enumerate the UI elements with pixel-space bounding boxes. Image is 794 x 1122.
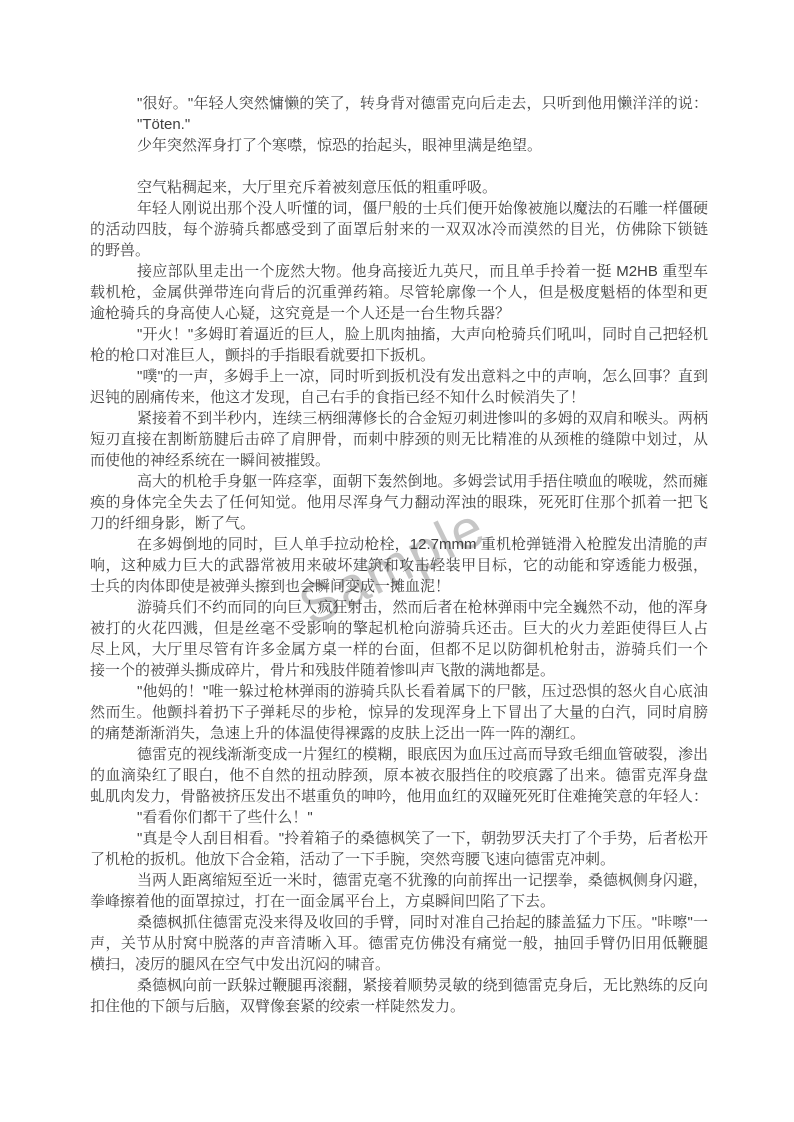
text-line: 空气粘稠起来，大厅里充斥着被刻意压低的粗重呼吸。	[90, 177, 708, 198]
text-line: 扣住他的下颌与后脑，双臂像套紧的绞索一样陡然发力。	[90, 996, 708, 1017]
document-page: Sample "很好。"年轻人突然慵懒的笑了，转身背对德雷克向后走去，只听到他用…	[0, 0, 794, 1122]
blank-line	[90, 156, 708, 177]
text-line: "他妈的！"唯一躲过枪林弹雨的游骑兵队长看着属下的尸骸，压过恐惧的怒火自心底油	[90, 681, 708, 702]
text-line: 德雷克的视线渐渐变成一片猩红的模糊，眼底因为血压过高而导致毛细血管破裂，渗出	[90, 744, 708, 765]
text-line: 桑德枫抓住德雷克没来得及收回的手臂，同时对准自己抬起的膝盖猛力下压。"咔嚓"一	[90, 912, 708, 933]
text-line: 桑德枫向前一跃躲过鞭腿再滚翻，紧接着顺势灵敏的绕到德雷克身后，无比熟练的反向	[90, 975, 708, 996]
text-line: "真是令人刮目相看。"拎着箱子的桑德枫笑了一下，朝勃罗沃夫打了个手势，后者松开	[90, 828, 708, 849]
text-line: "看看你们都干了些什么！"	[90, 807, 708, 828]
text-line: 年轻人刚说出那个没人听懂的词，僵尸般的士兵们便开始像被施以魔法的石雕一样僵硬	[90, 198, 708, 219]
text-line: 响，这种威力巨大的武器常被用来破坏建筑和攻击轻装甲目标，它的动能和穿透能力极强，	[90, 555, 708, 576]
text-line: 接应部队里走出一个庞然大物。他身高接近九英尺，而且单手拎着一挺 M2HB 重型车	[90, 261, 708, 282]
text-block: "很好。"年轻人突然慵懒的笑了，转身背对德雷克向后走去，只听到他用懒洋洋的说："…	[90, 93, 708, 1017]
text-line: 的痛楚渐渐消失，急速上升的体温使得裸露的皮肤上泛出一阵一阵的潮红。	[90, 723, 708, 744]
text-line: 虬肌肉发力，骨骼被挤压发出不堪重负的呻吟，他用血红的双瞳死死盯住难掩笑意的年轻人…	[90, 786, 708, 807]
text-line: 痪的身体完全失去了任何知觉。他用尽浑身气力翻动浑浊的眼珠，死死盯住那个抓着一把飞	[90, 492, 708, 513]
text-line: 的活动四肢，每个游骑兵都感受到了面罩后射来的一双双冰冷而漠然的目光，仿佛除下锁链	[90, 219, 708, 240]
text-line: 声，关节从肘窝中脱落的声音清晰入耳。德雷克仿佛没有痛觉一般，抽回手臂仍旧用低鞭腿	[90, 933, 708, 954]
text-line: 在多姆倒地的同时，巨人单手拉动枪栓，12.7mmm 重机枪弹链滑入枪膛发出清脆的…	[90, 534, 708, 555]
text-line: 紧接着不到半秒内，连续三柄细薄修长的合金短刃刺进惨叫的多姆的双肩和喉头。两柄	[90, 408, 708, 429]
text-line: 游骑兵们不约而同的向巨人疯狂射击，然而后者在枪林弹雨中完全巍然不动，他的浑身	[90, 597, 708, 618]
text-line: 拳峰擦着他的面罩掠过，打在一面金属平台上，方桌瞬间凹陷了下去。	[90, 891, 708, 912]
text-line: 高大的机枪手身躯一阵痉挛，面朝下轰然倒地。多姆尝试用手捂住喷血的喉咙，然而瘫	[90, 471, 708, 492]
text-line: "很好。"年轻人突然慵懒的笑了，转身背对德雷克向后走去，只听到他用懒洋洋的说：	[90, 93, 708, 114]
text-line: 被打的火花四溅，但是丝毫不受影响的擎起机枪向游骑兵还击。巨大的火力差距使得巨人占	[90, 618, 708, 639]
text-line: 横扫，凌厉的腿风在空气中发出沉闷的啸音。	[90, 954, 708, 975]
text-line: 然而生。他颤抖着扔下子弹耗尽的步枪，惊异的发现浑身上下冒出了大量的白汽，同时肩膀	[90, 702, 708, 723]
text-line: 尽上风，大厅里尽管有许多金属方桌一样的台面，但都不足以防御机枪射击，游骑兵们一个	[90, 639, 708, 660]
text-line: 士兵的肉体即使是被弹头擦到也会瞬间变成一摊血泥！	[90, 576, 708, 597]
text-line: 当两人距离缩短至近一米时，德雷克毫不犹豫的向前挥出一记摆拳，桑德枫侧身闪避，	[90, 870, 708, 891]
text-line: 载机枪，金属供弹带连向背后的沉重弹药箱。尽管轮廓像一个人，但是极度魁梧的体型和更	[90, 282, 708, 303]
text-line: 刀的纤细身影，断了气。	[90, 513, 708, 534]
text-line: 短刃直接在割断筋腱后击碎了肩胛骨，而刺中脖颈的则无比精准的从颈椎的缝隙中划过，从	[90, 429, 708, 450]
text-line: 而使他的神经系统在一瞬间被摧毁。	[90, 450, 708, 471]
text-line: 枪的枪口对准巨人，颤抖的手指眼看就要扣下扳机。	[90, 345, 708, 366]
text-line: 接一个的被弹头撕成碎片，骨片和残肢伴随着惨叫声飞散的满地都是。	[90, 660, 708, 681]
text-line: 的血滴染红了眼白，他不自然的扭动脖颈，原本被衣服挡住的咬痕露了出来。德雷克浑身盘	[90, 765, 708, 786]
text-line: "噗"的一声，多姆手上一凉，同时听到扳机没有发出意料之中的声响，怎么回事？直到	[90, 366, 708, 387]
text-line: 迟钝的剧痛传来，他这才发现，自己右手的食指已经不知什么时候消失了！	[90, 387, 708, 408]
text-line: 逾枪骑兵的身高使人心疑，这究竟是一个人还是一台生物兵器？	[90, 303, 708, 324]
text-line: "Töten."	[90, 114, 708, 135]
text-line: "开火！"多姆盯着逼近的巨人，脸上肌肉抽搐，大声向枪骑兵们吼叫，同时自己把轻机	[90, 324, 708, 345]
text-line: 少年突然浑身打了个寒噤，惊恐的抬起头，眼神里满是绝望。	[90, 135, 708, 156]
text-line: 了机枪的扳机。他放下合金箱，活动了一下手腕，突然弯腰飞速向德雷克冲刺。	[90, 849, 708, 870]
text-line: 的野兽。	[90, 240, 708, 261]
